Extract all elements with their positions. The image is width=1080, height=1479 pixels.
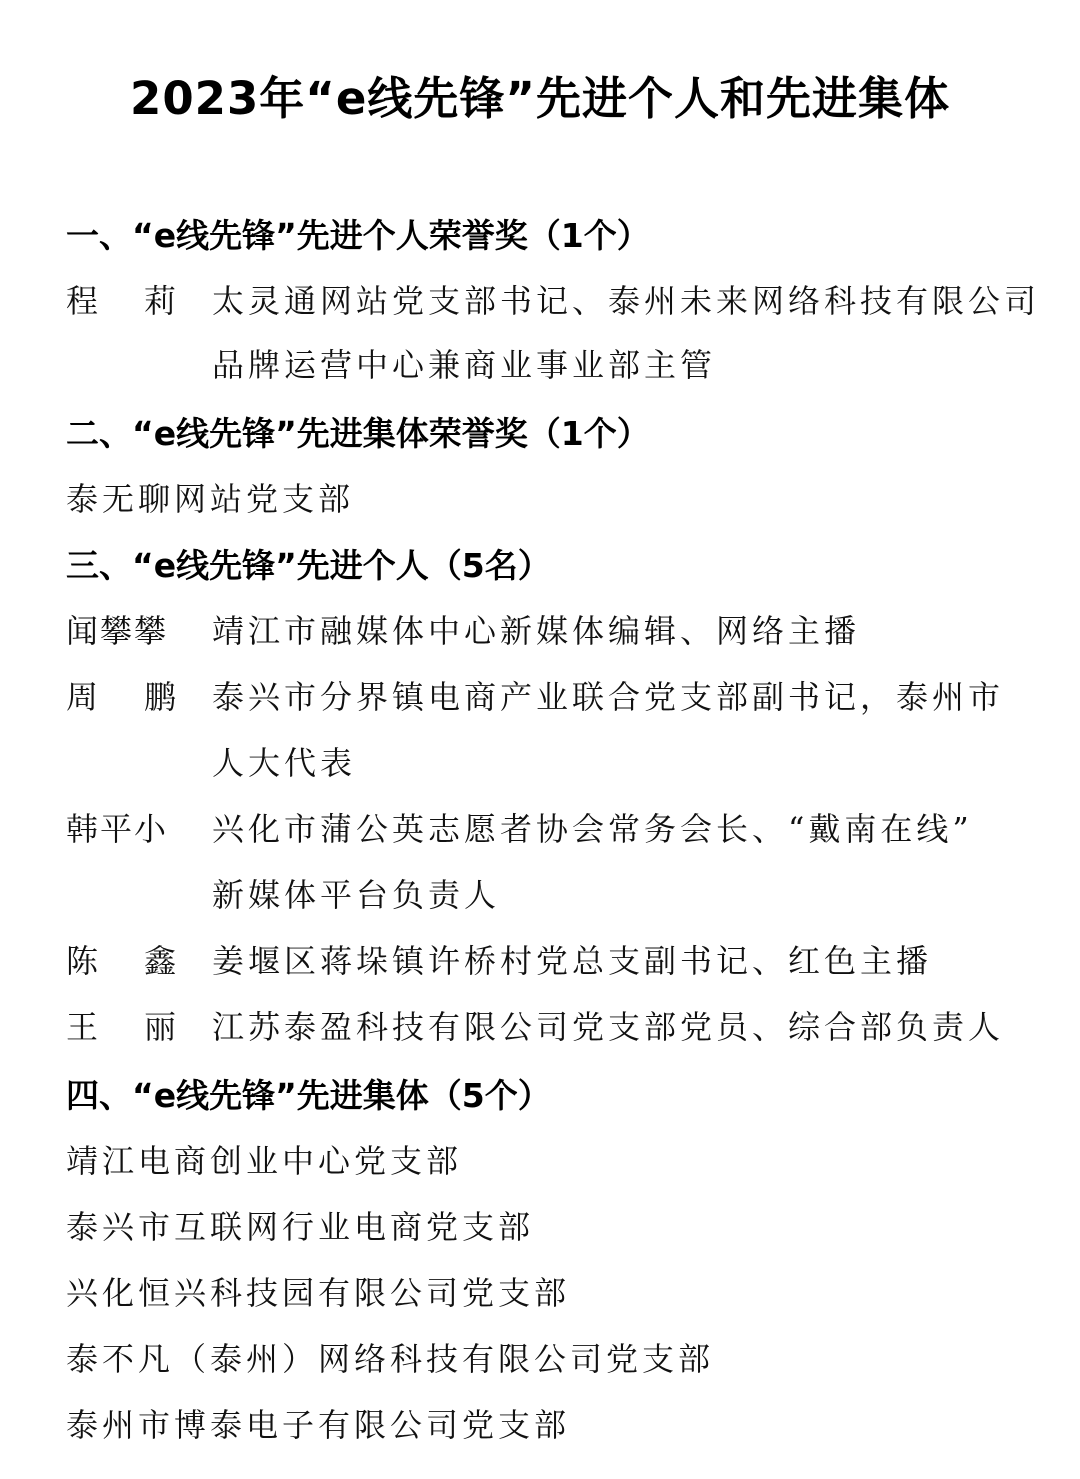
name-char: 程 bbox=[66, 276, 98, 322]
org-item: 泰州市博泰电子有限公司党支部 bbox=[66, 1400, 570, 1446]
name-char: 陈 bbox=[66, 936, 98, 982]
person-name: 韩平小 bbox=[66, 804, 168, 850]
name-char: 莉 bbox=[144, 276, 176, 322]
name-char: 丽 bbox=[144, 1002, 176, 1048]
name-char: 周 bbox=[66, 672, 98, 718]
person-name: 周 鹏 bbox=[66, 672, 176, 718]
org-item: 泰无聊网站党支部 bbox=[66, 474, 354, 520]
name-char: 王 bbox=[66, 1002, 98, 1048]
person-description-cont: 新媒体平台负责人 bbox=[212, 870, 500, 916]
person-description: 江苏泰盈科技有限公司党支部党员、综合部负责人 bbox=[212, 1002, 1004, 1048]
person-description-cont: 品牌运营中心兼商业事业部主管 bbox=[212, 340, 716, 386]
person-description: 姜堰区蒋垛镇许桥村党总支副书记、红色主播 bbox=[212, 936, 932, 982]
org-item: 靖江电商创业中心党支部 bbox=[66, 1136, 462, 1182]
person-name: 王 丽 bbox=[66, 1002, 176, 1048]
person-description: 靖江市融媒体中心新媒体编辑、网络主播 bbox=[212, 606, 860, 652]
person-description: 泰兴市分界镇电商产业联合党支部副书记，泰州市 bbox=[212, 672, 1004, 718]
person-name: 程 莉 bbox=[66, 276, 176, 322]
name-char: 鑫 bbox=[144, 936, 176, 982]
person-name: 陈 鑫 bbox=[66, 936, 176, 982]
person-description-cont: 人大代表 bbox=[212, 738, 356, 784]
name-char: 鹏 bbox=[144, 672, 176, 718]
section-heading-2: 二、“e线先锋”先进集体荣誉奖（1个） bbox=[66, 408, 650, 455]
person-description: 太灵通网站党支部书记、泰州未来网络科技有限公司 bbox=[212, 276, 1040, 322]
person-description: 兴化市蒲公英志愿者协会常务会长、“戴南在线” bbox=[212, 804, 973, 850]
section-heading-3: 三、“e线先锋”先进个人（5名） bbox=[66, 540, 551, 587]
person-name: 闻攀攀 bbox=[66, 606, 168, 652]
org-item: 泰不凡（泰州）网络科技有限公司党支部 bbox=[66, 1334, 714, 1380]
org-item: 泰兴市互联网行业电商党支部 bbox=[66, 1202, 534, 1248]
document-title: 2023年“e线先锋”先进个人和先进集体 bbox=[0, 62, 1080, 127]
org-item: 兴化恒兴科技园有限公司党支部 bbox=[66, 1268, 570, 1314]
section-heading-1: 一、“e线先锋”先进个人荣誉奖（1个） bbox=[66, 210, 650, 257]
section-heading-4: 四、“e线先锋”先进集体（5个） bbox=[66, 1070, 551, 1117]
